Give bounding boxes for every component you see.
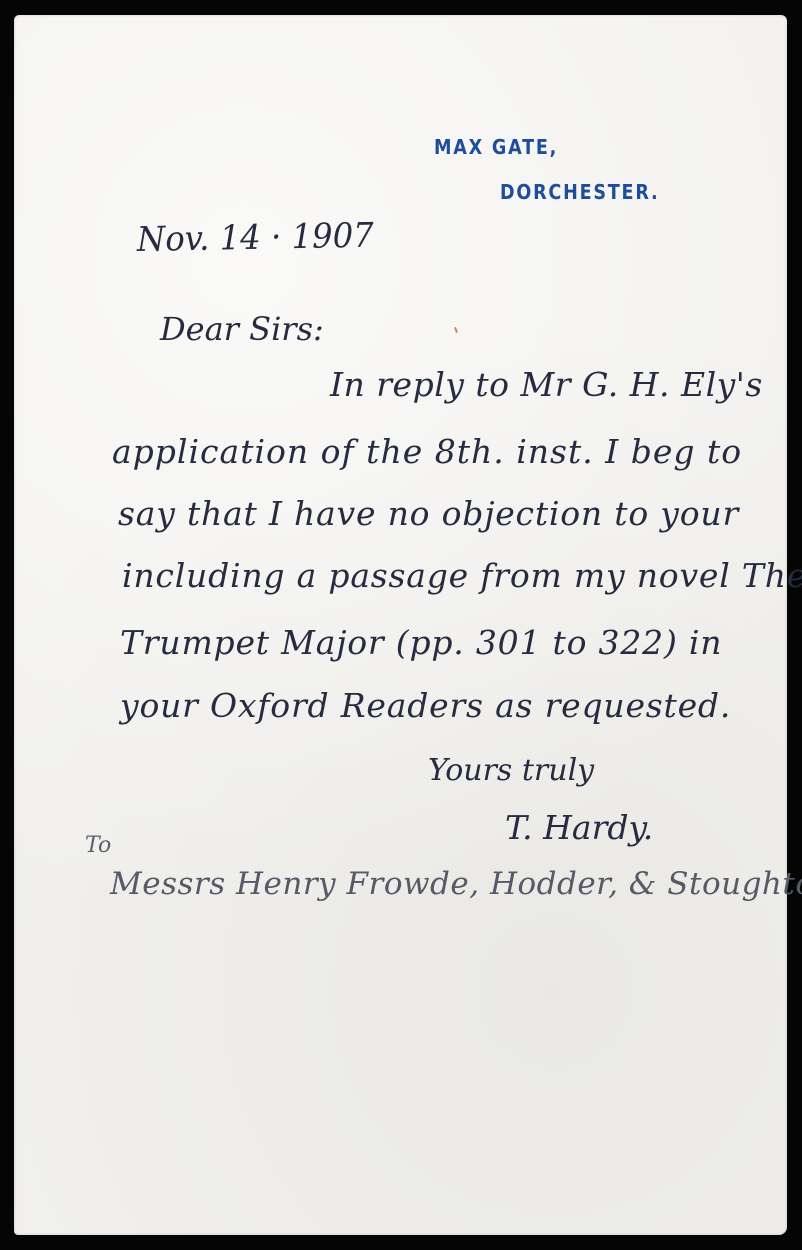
body-line-1: In reply to Mr G. H. Ely's	[330, 365, 763, 404]
signature: T. Hardy.	[505, 808, 653, 847]
letterhead-address-line-1: MAX GATE,	[434, 135, 558, 159]
body-line-4: including a passage from my novel The	[122, 556, 802, 595]
letter-date: Nov. 14 · 1907	[137, 216, 374, 260]
body-line-6: your Oxford Readers as requested.	[120, 686, 731, 725]
body-line-5: Trumpet Major (pp. 301 to 322) in	[120, 623, 722, 662]
body-line-3: say that I have no objection to your	[118, 494, 739, 533]
body-line-2: application of the 8th. inst. I beg to	[112, 432, 742, 471]
letterhead-address-line-2: DORCHESTER.	[500, 180, 659, 204]
addressee: Messrs Henry Frowde, Hodder, & Stoughton…	[110, 866, 802, 902]
addressee-prefix: To	[85, 833, 111, 858]
closing: Yours truly	[428, 753, 594, 788]
salutation: Dear Sirs:	[160, 310, 324, 348]
